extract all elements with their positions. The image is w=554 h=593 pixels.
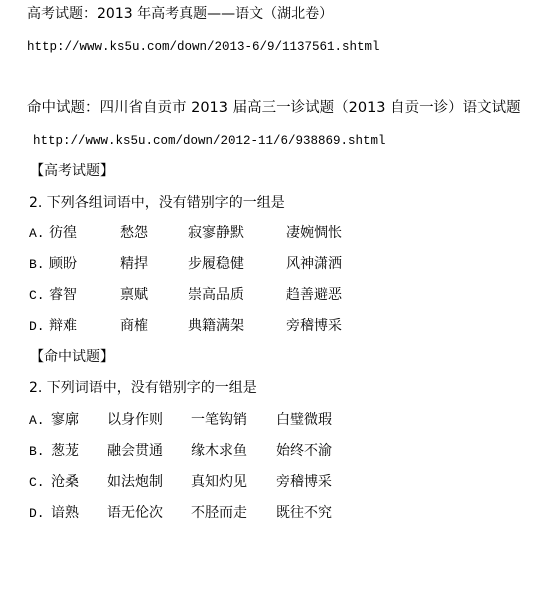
- option-word: 寥廓: [51, 411, 79, 429]
- option-word: 白璧微瑕: [276, 411, 332, 429]
- option-label: D.: [29, 318, 45, 336]
- option-word: 旁稽博采: [286, 317, 342, 335]
- option-word: 缘木求鱼: [191, 442, 247, 460]
- section-header-gaokao: 【高考试题】: [30, 162, 114, 180]
- option-word: 精捍: [120, 255, 148, 273]
- option-word: 凄婉惆怅: [286, 224, 342, 242]
- option-word: 愁怨: [120, 224, 148, 242]
- option-label: A.: [29, 412, 45, 430]
- question-hit: 2. 下列词语中，没有错别字的一组是: [29, 379, 257, 397]
- option-word: 一笔钩销: [191, 411, 247, 429]
- option-word: 既往不究: [276, 504, 332, 522]
- option-label: B.: [29, 256, 45, 274]
- option-word: 真知灼见: [191, 473, 247, 491]
- option-word: 商榷: [120, 317, 148, 335]
- section-header-hit: 【命中试题】: [30, 348, 114, 366]
- option-label: D.: [29, 505, 45, 523]
- option-word: 葱茏: [51, 442, 79, 460]
- hit-exam-url[interactable]: http://www.ks5u.com/down/2012-11/6/93886…: [33, 133, 386, 149]
- hit-exam-title: 命中试题：四川省自贡市 2013 届高三一诊试题（2013 自贡一诊）语文试题: [27, 99, 521, 117]
- option-word: 不胫而走: [191, 504, 247, 522]
- option-word: 步履稳健: [188, 255, 244, 273]
- ref-exam-url[interactable]: http://www.ks5u.com/down/2013-6/9/113756…: [27, 39, 380, 55]
- option-word: 寂寥静默: [188, 224, 244, 242]
- option-word: 崇高品质: [188, 286, 244, 304]
- option-label: A.: [29, 225, 45, 243]
- option-word: 融会贯通: [107, 442, 163, 460]
- option-word: 辩难: [49, 317, 77, 335]
- option-label: C.: [29, 474, 45, 492]
- option-word: 禀赋: [120, 286, 148, 304]
- option-word: 如法炮制: [107, 473, 163, 491]
- option-word: 谙熟: [51, 504, 79, 522]
- ref-exam-title: 高考试题：2013 年高考真题——语文（湖北卷）: [27, 5, 333, 23]
- option-label: B.: [29, 443, 45, 461]
- option-word: 趋善避恶: [286, 286, 342, 304]
- option-word: 旁稽博采: [276, 473, 332, 491]
- option-word: 语无伦次: [107, 504, 163, 522]
- option-word: 风神潇洒: [286, 255, 342, 273]
- option-word: 始终不渝: [276, 442, 332, 460]
- option-word: 以身作则: [107, 411, 163, 429]
- option-word: 典籍满架: [188, 317, 244, 335]
- option-word: 顾盼: [49, 255, 77, 273]
- option-word: 沧桑: [51, 473, 79, 491]
- option-label: C.: [29, 287, 45, 305]
- option-word: 睿智: [49, 286, 77, 304]
- question-gaokao: 2. 下列各组词语中，没有错别字的一组是: [29, 194, 285, 212]
- option-word: 彷徨: [49, 224, 77, 242]
